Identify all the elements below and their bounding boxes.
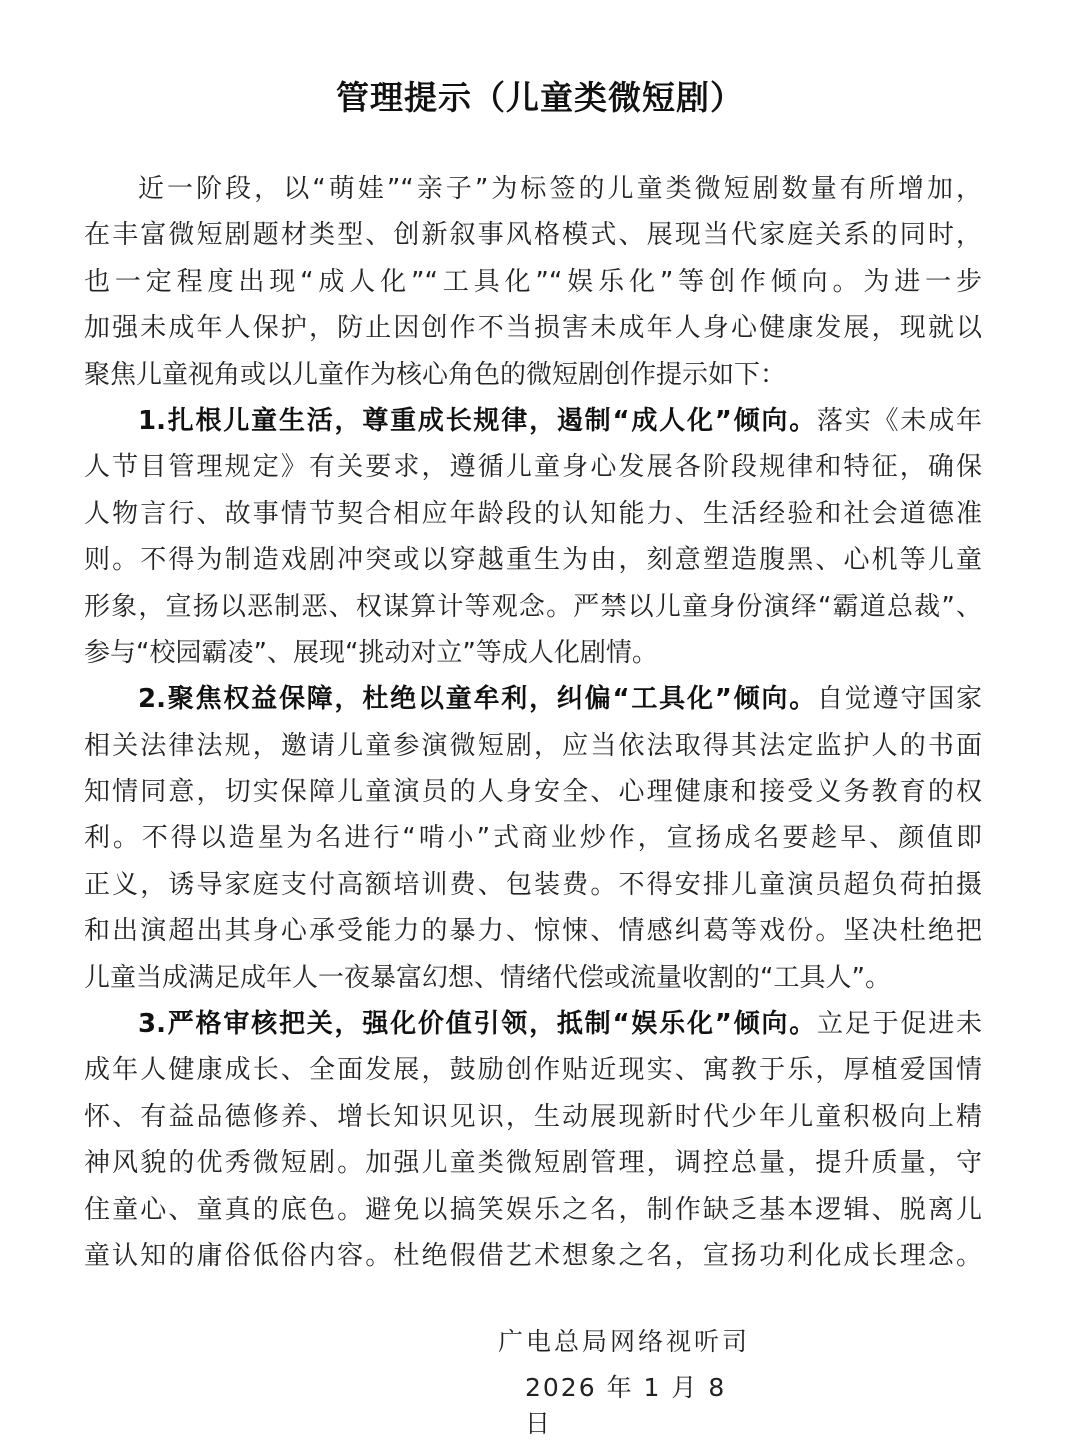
paragraph-line: 住童心、童真的底色。避免以搞笑娱乐之名，制作缺乏基本逻辑、脱离儿: [84, 1187, 982, 1233]
section-first-line: 1.扎根儿童生活，尊重成长规律，遏制“成人化”倾向。落实《未成年: [84, 398, 982, 444]
paragraph-line: 在丰富微短剧题材类型、创新叙事风格模式、展现当代家庭关系的同时，: [84, 212, 982, 258]
section-text: 立足于促进未: [817, 1009, 982, 1039]
section-heading: 3.严格审核把关，强化价值引领，抵制“娱乐化”倾向。: [138, 1009, 817, 1039]
section-first-line: 3.严格审核把关，强化价值引领，抵制“娱乐化”倾向。立足于促进未: [84, 1001, 982, 1047]
paragraph-line: 和出演超出其身心承受能力的暴力、惊悚、情感纠葛等戏份。坚决杜绝把: [84, 908, 982, 954]
paragraph-line: 人节目管理规定》有关要求，遵循儿童身心发展各阶段规律和特征，确保: [84, 444, 982, 490]
document-title: 管理提示（儿童类微短剧）: [0, 72, 1080, 119]
paragraph-line: 神风貌的优秀微短剧。加强儿童类微短剧管理，调控总量，提升质量，守: [84, 1140, 982, 1186]
paragraph-line: 则。不得为制造戏剧冲突或以穿越重生为由，刻意塑造腹黑、心机等儿童: [84, 537, 982, 583]
intro-paragraph: 近一阶段，以“萌娃”“亲子”为标签的儿童类微短剧数量有所增加， 在丰富微短剧题材…: [84, 166, 982, 398]
paragraph-line: 近一阶段，以“萌娃”“亲子”为标签的儿童类微短剧数量有所增加，: [84, 166, 982, 212]
paragraph-line: 相关法律法规，邀请儿童参演微短剧，应当依法取得其法定监护人的书面: [84, 723, 982, 769]
paragraph-line: 利。不得以造星为名进行“啃小”式商业炒作，宣扬成名要趁早、颜值即: [84, 815, 982, 861]
paragraph-line: 正义，诱导家庭支付高额培训费、包装费。不得安排儿童演员超负荷拍摄: [84, 862, 982, 908]
signature-date: 2026 年 1 月 8 日: [525, 1368, 745, 1440]
paragraph-line: 聚焦儿童视角或以儿童作为核心角色的微短剧创作提示如下：: [84, 352, 982, 398]
section-heading: 2.聚焦权益保障，杜绝以童牟利，纠偏“工具化”倾向。: [138, 684, 817, 714]
paragraph-line: 也一定程度出现“成人化”“工具化”“娱乐化”等创作倾向。为进一步: [84, 259, 982, 305]
section-3: 3.严格审核把关，强化价值引领，抵制“娱乐化”倾向。立足于促进未 成年人健康成长…: [84, 1001, 982, 1279]
section-text: 自觉遵守国家: [817, 684, 982, 714]
paragraph-line: 成年人健康成长、全面发展，鼓励创作贴近现实、寓教于乐，厚植爱国情: [84, 1047, 982, 1093]
paragraph-line: 怀、有益品德修养、增长知识见识，生动展现新时代少年儿童积极向上精: [84, 1094, 982, 1140]
document-page: 管理提示（儿童类微短剧） 近一阶段，以“萌娃”“亲子”为标签的儿童类微短剧数量有…: [0, 0, 1080, 1448]
paragraph-line: 参与“校园霸凌”、展现“挑动对立”等成人化剧情。: [84, 630, 982, 676]
paragraph-line: 儿童当成满足成年人一夜暴富幻想、情绪代偿或流量收割的“工具人”。: [84, 955, 982, 1001]
signature-organization: 广电总局网络视听司: [498, 1322, 758, 1358]
section-text: 落实《未成年: [817, 406, 982, 436]
paragraph-line: 人物言行、故事情节契合相应年龄段的认知能力、生活经验和社会道德准: [84, 491, 982, 537]
section-2: 2.聚焦权益保障，杜绝以童牟利，纠偏“工具化”倾向。自觉遵守国家 相关法律法规，…: [84, 676, 982, 1001]
paragraph-line: 知情同意，切实保障儿童演员的人身安全、心理健康和接受义务教育的权: [84, 769, 982, 815]
section-1: 1.扎根儿童生活，尊重成长规律，遏制“成人化”倾向。落实《未成年 人节目管理规定…: [84, 398, 982, 676]
paragraph-line: 加强未成年人保护，防止因创作不当损害未成年人身心健康发展，现就以: [84, 305, 982, 351]
section-heading: 1.扎根儿童生活，尊重成长规律，遏制“成人化”倾向。: [138, 406, 817, 436]
section-first-line: 2.聚焦权益保障，杜绝以童牟利，纠偏“工具化”倾向。自觉遵守国家: [84, 676, 982, 722]
document-body: 近一阶段，以“萌娃”“亲子”为标签的儿童类微短剧数量有所增加， 在丰富微短剧题材…: [84, 166, 982, 1279]
paragraph-line: 形象，宣扬以恶制恶、权谋算计等观念。严禁以儿童身份演绎“霸道总裁”、: [84, 584, 982, 630]
paragraph-line: 童认知的庸俗低俗内容。杜绝假借艺术想象之名，宣扬功利化成长理念。: [84, 1233, 982, 1279]
